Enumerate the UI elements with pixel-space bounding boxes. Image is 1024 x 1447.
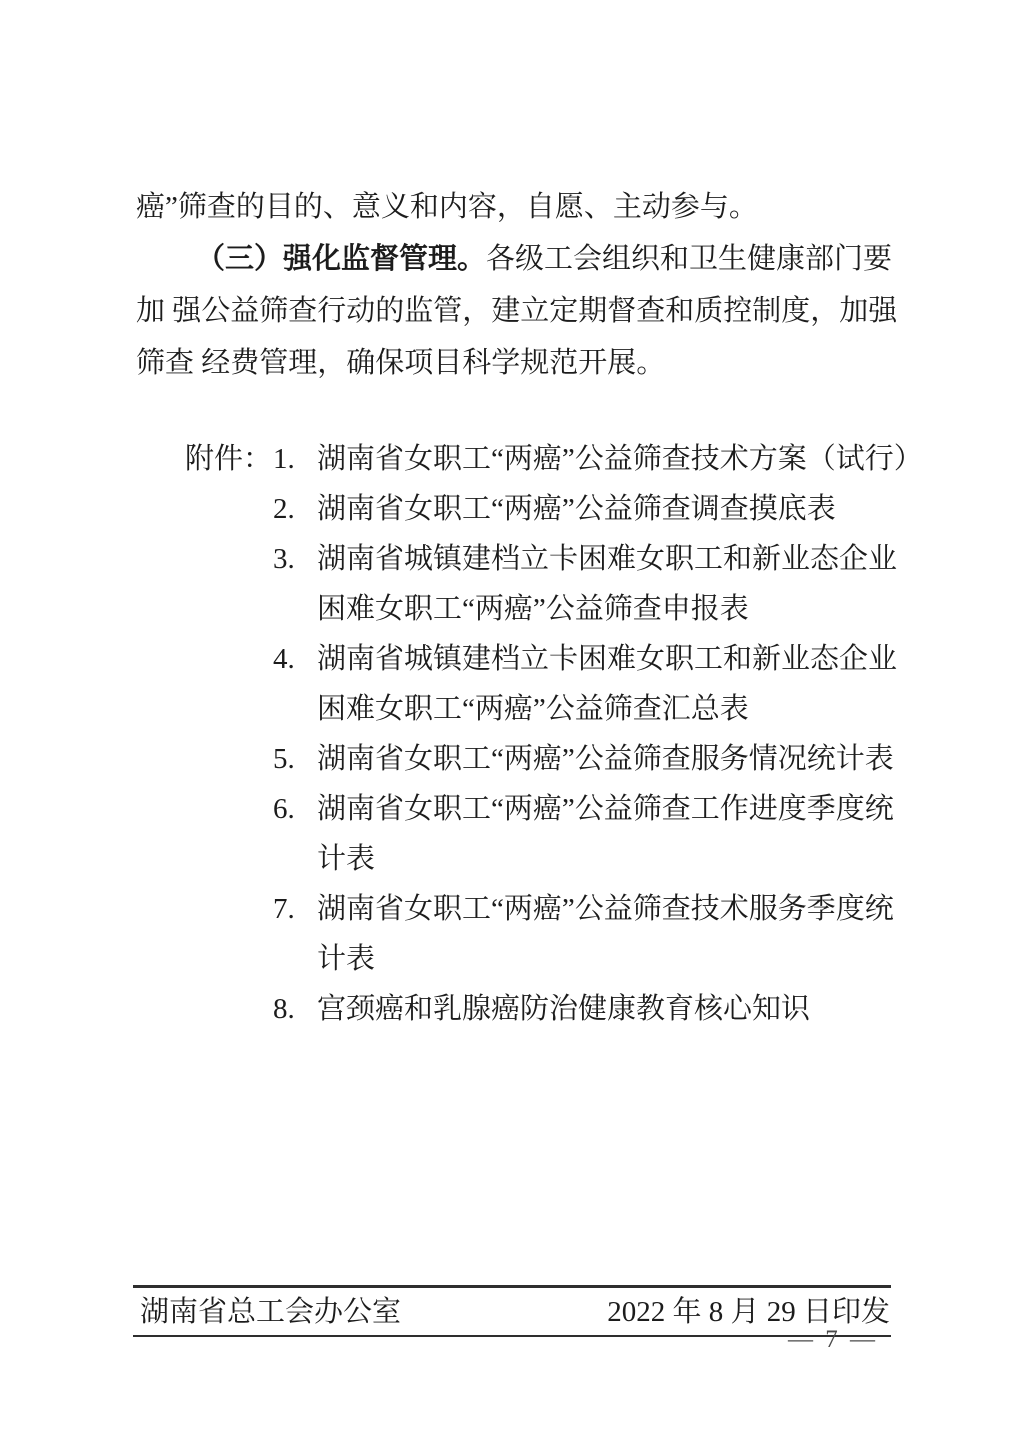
attachment-item-4: 4. 湖南省城镇建档立卡困难女职工和新业态企业 (185, 634, 923, 684)
section-heading-line: （三）强化监督管理。各级工会组织和卫生健康部门要 (136, 233, 926, 285)
attachment-item-1: 附件： 1. 湖南省女职工“两癌”公益筛查技术方案（试行） (185, 434, 923, 484)
attachment-number: 1. (273, 434, 317, 484)
attachment-number: 5. (273, 734, 317, 784)
attachment-title-continuation: 计表 (317, 834, 375, 884)
footer-rule-bottom (133, 1335, 891, 1337)
attachment-title-continuation: 困难女职工“两癌”公益筛查汇总表 (317, 684, 749, 734)
attachment-item-3: 3. 湖南省城镇建档立卡困难女职工和新业态企业 (185, 534, 923, 584)
attachment-item-7: 7. 湖南省女职工“两癌”公益筛查技术服务季度统 (185, 884, 923, 934)
attachment-title: 湖南省女职工“两癌”公益筛查调查摸底表 (317, 484, 836, 534)
footer-issuer: 湖南省总工会办公室 (140, 1292, 401, 1332)
body-text: 癌”筛查的目的、意义和内容，自愿、主动参与。 （三）强化监督管理。各级工会组织和… (136, 181, 926, 389)
attachment-number: 4. (273, 634, 317, 684)
attachment-item-2: 2. 湖南省女职工“两癌”公益筛查调查摸底表 (185, 484, 923, 534)
attachment-title: 宫颈癌和乳腺癌防治健康教育核心知识 (317, 984, 810, 1034)
attachment-number: 7. (273, 884, 317, 934)
footer: 湖南省总工会办公室 2022 年 8 月 29 日印发 (140, 1292, 890, 1332)
section-heading: （三）强化监督管理。 (196, 243, 486, 275)
section-line3: 筛查 经费管理，确保项目科学规范开展。 (136, 337, 926, 389)
section-line1-rest: 各级工会组织和卫生健康部门要 (486, 243, 892, 275)
attachment-title-continuation: 困难女职工“两癌”公益筛查申报表 (317, 584, 749, 634)
attachment-item-5: 5. 湖南省女职工“两癌”公益筛查服务情况统计表 (185, 734, 923, 784)
footer-rule-top (133, 1285, 891, 1288)
attachment-item-6: 6. 湖南省女职工“两癌”公益筛查工作进度季度统 (185, 784, 923, 834)
attachment-number: 2. (273, 484, 317, 534)
attachment-item-7-continuation: 计表 (185, 934, 923, 984)
attachment-item-4-continuation: 困难女职工“两癌”公益筛查汇总表 (185, 684, 923, 734)
attachment-list: 附件： 1. 湖南省女职工“两癌”公益筛查技术方案（试行） 2. 湖南省女职工“… (185, 434, 923, 1034)
attachment-number: 6. (273, 784, 317, 834)
attachment-item-3-continuation: 困难女职工“两癌”公益筛查申报表 (185, 584, 923, 634)
section-line2: 加 强公益筛查行动的监管，建立定期督查和质控制度，加强 (136, 285, 926, 337)
attachment-item-8: 8. 宫颈癌和乳腺癌防治健康教育核心知识 (185, 984, 923, 1034)
attachment-title: 湖南省城镇建档立卡困难女职工和新业态企业 (317, 634, 897, 684)
attachment-title: 湖南省女职工“两癌”公益筛查技术方案（试行） (317, 434, 923, 484)
attachment-title: 湖南省女职工“两癌”公益筛查服务情况统计表 (317, 734, 894, 784)
attachment-title: 湖南省女职工“两癌”公益筛查技术服务季度统 (317, 884, 894, 934)
attachment-number: 8. (273, 984, 317, 1034)
attachment-title: 湖南省女职工“两癌”公益筛查工作进度季度统 (317, 784, 894, 834)
attachments-label: 附件： (185, 434, 273, 484)
attachment-title: 湖南省城镇建档立卡困难女职工和新业态企业 (317, 534, 897, 584)
attachment-number: 3. (273, 534, 317, 584)
paragraph-tail-line: 癌”筛查的目的、意义和内容，自愿、主动参与。 (136, 181, 926, 233)
attachment-title-continuation: 计表 (317, 934, 375, 984)
page-number: — 7 — (788, 1326, 878, 1354)
document-page: 癌”筛查的目的、意义和内容，自愿、主动参与。 （三）强化监督管理。各级工会组织和… (0, 0, 1024, 1447)
attachment-item-6-continuation: 计表 (185, 834, 923, 884)
